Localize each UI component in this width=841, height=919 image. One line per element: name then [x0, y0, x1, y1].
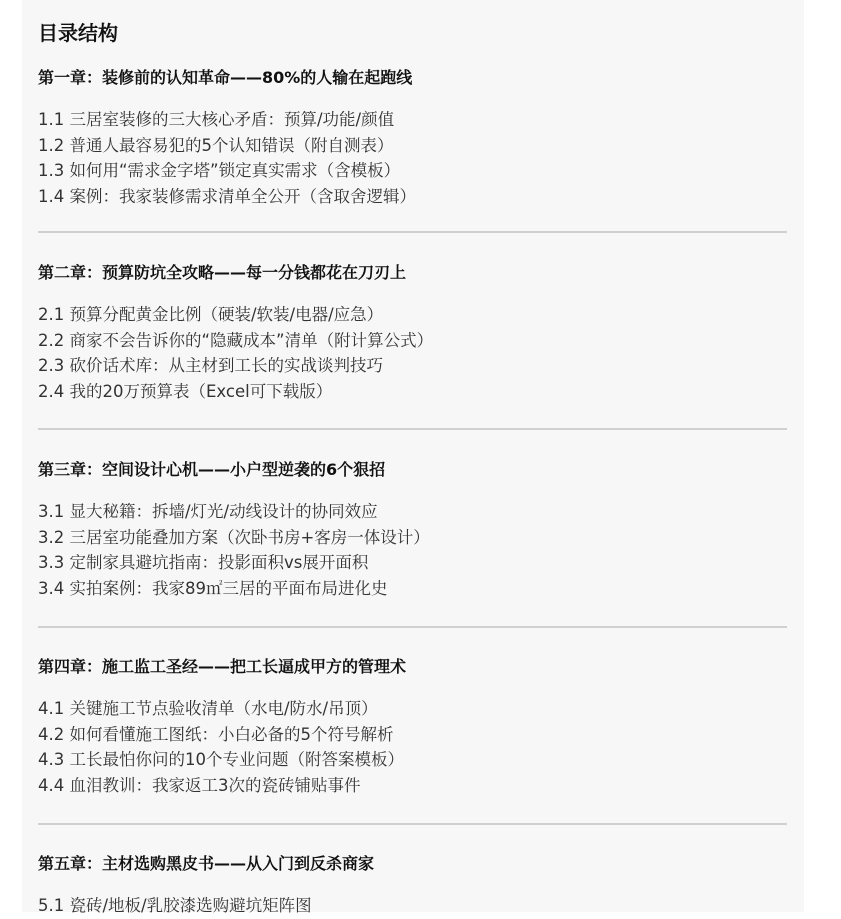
toc-item: 2.2 商家不会告诉你的“隐藏成本”清单（附计算公式） [38, 328, 787, 354]
toc-item: 4.3 工长最怕你问的10个专业问题（附答案模板） [38, 747, 787, 773]
divider [38, 428, 787, 430]
divider [38, 626, 787, 628]
chapter-heading: 第五章：主材选购黑皮书——从入门到反杀商家 [38, 853, 787, 875]
toc-item: 1.4 案例：我家装修需求清单全公开（含取舍逻辑） [38, 184, 787, 210]
chapter-items: 2.1 预算分配黄金比例（硬装/软装/电器/应急） 2.2 商家不会告诉你的“隐… [38, 302, 787, 405]
chapter-items: 1.1 三居室装修的三大核心矛盾：预算/功能/颜值 1.2 普通人最容易犯的5个… [38, 107, 787, 210]
toc-item: 4.4 血泪教训：我家返工3次的瓷砖铺贴事件 [38, 773, 787, 799]
chapter-4: 第四章：施工监工圣经——把工长逼成甲方的管理术 4.1 关键施工节点验收清单（水… [38, 656, 787, 799]
chapter-items: 4.1 关键施工节点验收清单（水电/防水/吊顶） 4.2 如何看懂施工图纸：小白… [38, 696, 787, 799]
toc-item: 5.1 瓷砖/地板/乳胶漆选购避坑矩阵图 [38, 893, 787, 912]
chapter-items: 3.1 显大秘籍：拆墙/灯光/动线设计的协同效应 3.2 三居室功能叠加方案（次… [38, 499, 787, 602]
chapter-2: 第二章：预算防坑全攻略——每一分钱都花在刀刃上 2.1 预算分配黄金比例（硬装/… [38, 262, 787, 405]
chapter-heading: 第二章：预算防坑全攻略——每一分钱都花在刀刃上 [38, 262, 787, 284]
chapter-heading: 第一章：装修前的认知革命——80%的人输在起跑线 [38, 67, 787, 89]
toc-item: 4.1 关键施工节点验收清单（水电/防水/吊顶） [38, 696, 787, 722]
toc-item: 3.1 显大秘籍：拆墙/灯光/动线设计的协同效应 [38, 499, 787, 525]
toc-item: 1.2 普通人最容易犯的5个认知错误（附自测表） [38, 133, 787, 159]
toc-item: 4.2 如何看懂施工图纸：小白必备的5个符号解析 [38, 722, 787, 748]
chapter-heading: 第四章：施工监工圣经——把工长逼成甲方的管理术 [38, 656, 787, 678]
toc-item: 3.4 实拍案例：我家89㎡三居的平面布局进化史 [38, 576, 787, 602]
toc-item: 1.1 三居室装修的三大核心矛盾：预算/功能/颜值 [38, 107, 787, 133]
toc-item: 3.3 定制家具避坑指南：投影面积vs展开面积 [38, 550, 787, 576]
chapter-3: 第三章：空间设计心机——小户型逆袭的6个狠招 3.1 显大秘籍：拆墙/灯光/动线… [38, 459, 787, 602]
divider [38, 823, 787, 825]
chapter-items: 5.1 瓷砖/地板/乳胶漆选购避坑矩阵图 [38, 893, 787, 912]
toc-title: 目录结构 [38, 20, 118, 46]
toc-item: 2.4 我的20万预算表（Excel可下载版） [38, 379, 787, 405]
toc-panel: 目录结构 第一章：装修前的认知革命——80%的人输在起跑线 1.1 三居室装修的… [22, 0, 804, 912]
chapter-1: 第一章：装修前的认知革命——80%的人输在起跑线 1.1 三居室装修的三大核心矛… [38, 67, 787, 210]
divider [38, 231, 787, 233]
toc-item: 2.1 预算分配黄金比例（硬装/软装/电器/应急） [38, 302, 787, 328]
toc-item: 3.2 三居室功能叠加方案（次卧书房+客房一体设计） [38, 525, 787, 551]
chapter-5: 第五章：主材选购黑皮书——从入门到反杀商家 5.1 瓷砖/地板/乳胶漆选购避坑矩… [38, 853, 787, 912]
toc-item: 2.3 砍价话术库：从主材到工长的实战谈判技巧 [38, 353, 787, 379]
toc-item: 1.3 如何用“需求金字塔”锁定真实需求（含模板） [38, 158, 787, 184]
chapter-heading: 第三章：空间设计心机——小户型逆袭的6个狠招 [38, 459, 787, 481]
